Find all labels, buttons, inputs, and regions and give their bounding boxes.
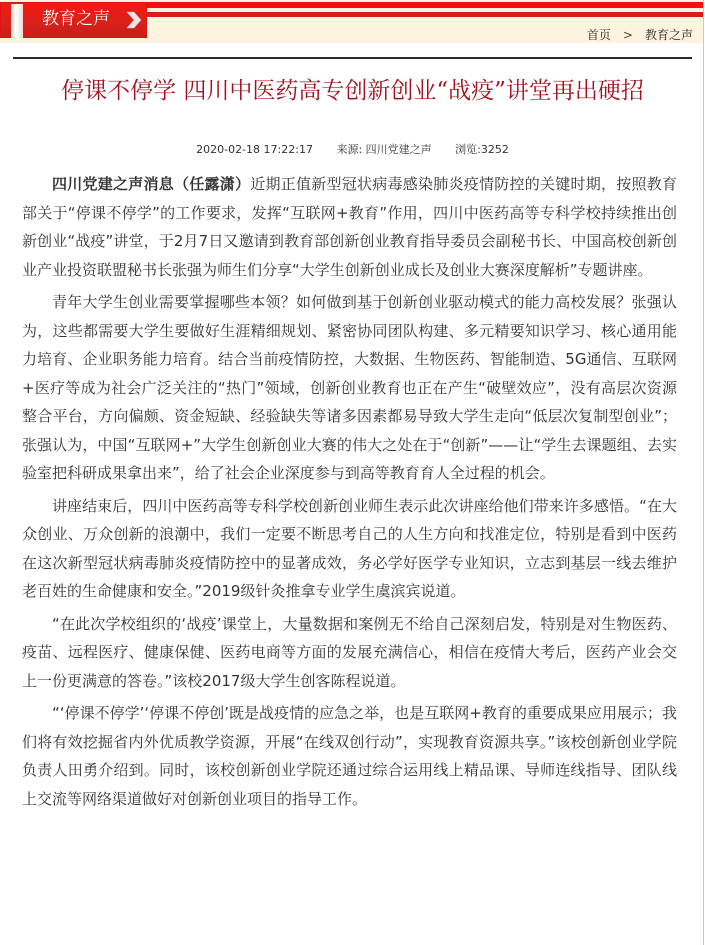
section-header: 教育之声 首页 > 教育之声 <box>0 0 703 43</box>
article-meta: 2020-02-18 17:22:17 来源: 四川党建之声 浏览:3252 <box>0 143 705 157</box>
tab-accent-bar <box>11 4 23 38</box>
breadcrumb-current[interactable]: 教育之声 <box>645 27 693 43</box>
article-source: 来源: 四川党建之声 <box>336 143 431 156</box>
breadcrumb: 首页 > 教育之声 <box>587 27 693 43</box>
page-right-border <box>703 0 704 945</box>
section-tab[interactable]: 教育之声 <box>0 2 147 38</box>
paragraph-5: “‘停课不停学’‘停课不停创’既是战疫情的应急之举，也是互联网+教育的重要成果应… <box>22 699 677 813</box>
paragraph-4: “在此次学校组织的‘战疫’课堂上，大量数据和案例无不给自己深刻启发，特别是对生物… <box>22 610 677 696</box>
paragraph-lead: 四川党建之声消息（任露潇） <box>52 175 250 193</box>
paragraph-2: 青年大学生创业需要掌握哪些本领？如何做到基于创新创业驱动模式的能力高校发展？张强… <box>22 288 677 488</box>
paragraph-1: 四川党建之声消息（任露潇）近期正值新型冠状病毒感染肺炎疫情防控的关键时期，按照教… <box>22 170 677 284</box>
header-stripe-top <box>147 2 703 8</box>
header-divider <box>13 57 692 59</box>
publish-datetime: 2020-02-18 17:22:17 <box>196 143 313 156</box>
chevron-right-icon <box>124 11 142 29</box>
paragraph-3: 讲座结束后，四川中医药高等专科学校创新创业师生表示此次讲座给他们带来许多感悟。“… <box>22 492 677 606</box>
view-count: 浏览:3252 <box>455 143 509 156</box>
breadcrumb-home[interactable]: 首页 <box>587 27 611 43</box>
header-stripe-bottom <box>147 12 703 17</box>
section-title: 教育之声 <box>42 9 110 29</box>
breadcrumb-separator: > <box>623 27 633 43</box>
article-body: 四川党建之声消息（任露潇）近期正值新型冠状病毒感染肺炎疫情防控的关键时期，按照教… <box>22 170 677 817</box>
article-title: 停课不停学 四川中医药高专创新创业“战疫”讲堂再出硬招 <box>30 78 675 105</box>
